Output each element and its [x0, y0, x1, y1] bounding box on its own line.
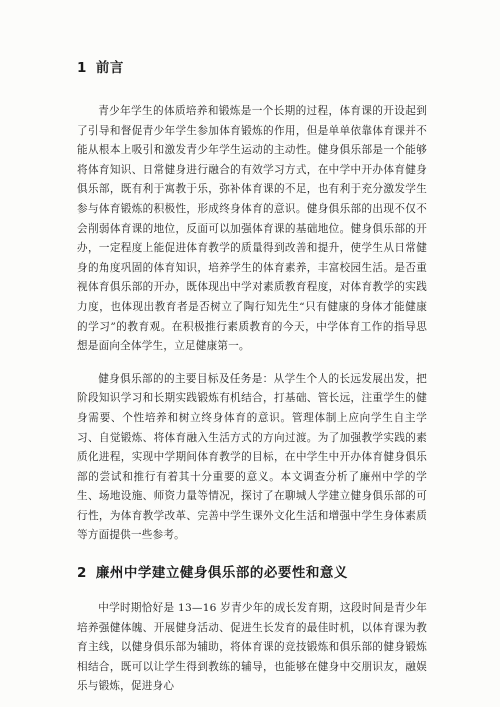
- section-2-title: 廉州中学建立健身俱乐部的必要性和意义: [96, 565, 348, 581]
- paragraph-necessity-1: 中学时期恰好是 13—16 岁青少年的成长发育期，这段时间是青少年培养强健体魄、…: [77, 599, 427, 697]
- document-page: 1前言 青少年学生的体质培养和锻炼是一个长期的过程，体育课的开设起到了引导和督促…: [0, 0, 500, 707]
- section-1-number: 1: [77, 60, 87, 77]
- section-2-number: 2: [77, 565, 87, 582]
- paragraph-foreword-1: 青少年学生的体质培养和锻炼是一个长期的过程，体育课的开设起到了引导和督促青少年学…: [77, 102, 427, 357]
- section-foreword: 1前言 青少年学生的体质培养和锻炼是一个长期的过程，体育课的开设起到了引导和督促…: [77, 60, 427, 546]
- section-1-heading: 1前言: [77, 60, 427, 77]
- section-necessity: 2廉州中学建立健身俱乐部的必要性和意义 中学时期恰好是 13—16 岁青少年的成…: [77, 565, 427, 697]
- section-1-title: 前言: [96, 60, 124, 76]
- paragraph-foreword-2: 健身俱乐部的的主要目标及任务是：从学生个人的长远发展出发，把阶段知识学习和长期实…: [77, 370, 427, 546]
- section-2-heading: 2廉州中学建立健身俱乐部的必要性和意义: [77, 565, 427, 582]
